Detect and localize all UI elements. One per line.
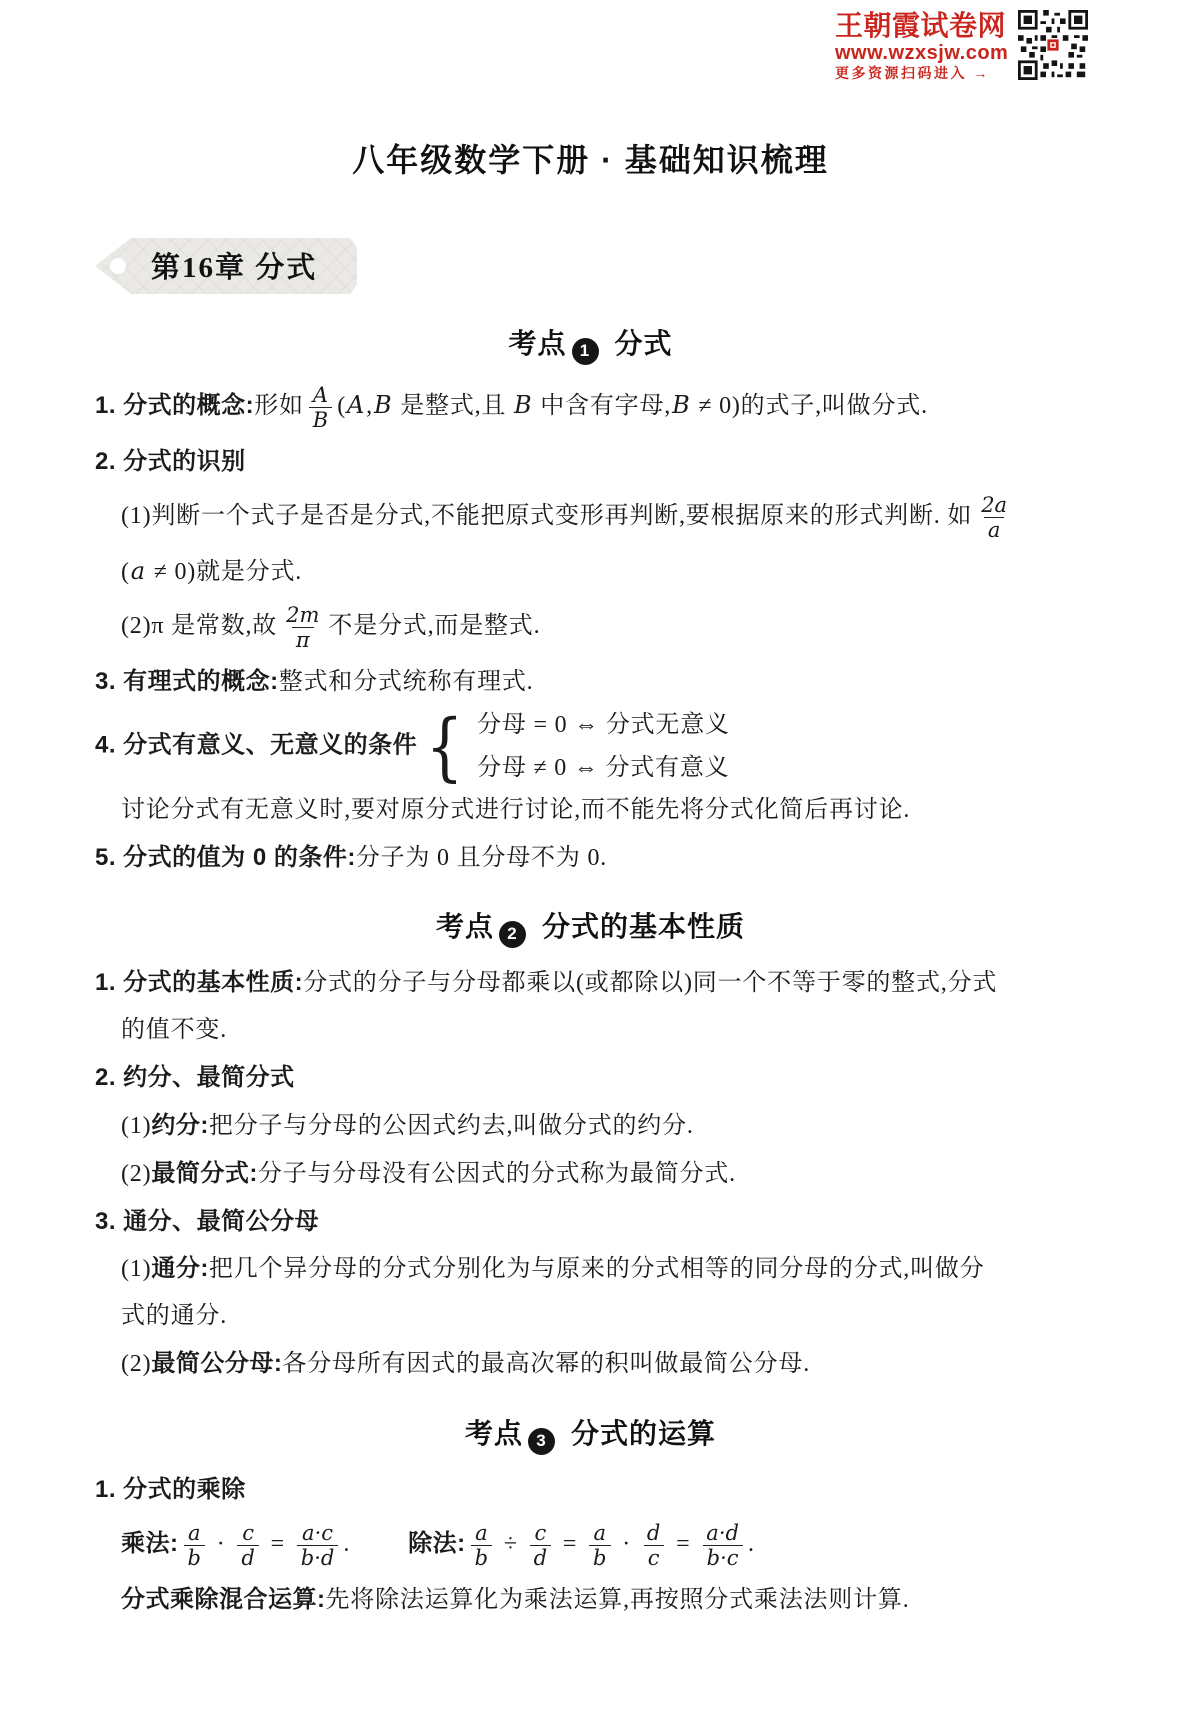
kaodian-label: 考点 <box>465 1418 523 1449</box>
fraction: AB <box>309 383 332 432</box>
chapter-badge-row: 第16章 分式 <box>95 238 1181 294</box>
bold-label: 最简公分母: <box>151 1350 282 1377</box>
fraction-denominator: b <box>471 1545 492 1570</box>
fraction: ab <box>589 1521 610 1570</box>
kaodian-2-heading: 考点2分式的基本性质 <box>95 905 1086 948</box>
fraction-denominator: B <box>309 407 332 432</box>
text-line: (1)判断一个式子是否是分式,不能把原式变形再判断,要根据原来的形式判断. 如2… <box>95 491 1086 544</box>
kaodian-title: 分式 <box>615 328 673 359</box>
fraction: a·db·c <box>702 1521 743 1570</box>
fraction-numerator: a <box>590 1521 611 1545</box>
bold-label: 3. 有理式的概念: <box>95 668 279 695</box>
section-kaodian-2: 考点2分式的基本性质 1. 分式的基本性质:分式的分子与分母都乘以(或都除以)同… <box>95 905 1086 1384</box>
math-variable: B <box>513 391 533 419</box>
section-2-body: 1. 分式的基本性质:分式的分子与分母都乘以(或都除以)同一个不等于零的整式,分… <box>95 964 1086 1384</box>
bold-label: 3. 通分、最简公分母 <box>95 1208 319 1235</box>
text-line: 1. 分式的基本性质:分式的分子与分母都乘以(或都除以)同一个不等于零的整式,分… <box>95 964 1086 1003</box>
math-variable: A <box>346 391 366 419</box>
brand-name: 王朝霞试卷网 <box>835 10 1006 42</box>
fraction-numerator: a·d <box>702 1521 743 1545</box>
kaodian-label: 考点 <box>508 328 566 359</box>
kaodian-number-badge: 2 <box>499 921 526 948</box>
text-line: 3. 有理式的概念:整式和分式统称有理式. <box>95 663 1086 702</box>
fraction: cd <box>530 1521 551 1570</box>
bold-label: 通分: <box>151 1255 209 1282</box>
text-line: (2)最简公分母:各分母所有因式的最高次幂的积叫做最简公分母. <box>95 1345 1086 1384</box>
brand-url: www.wzxsjw.com <box>835 42 1008 64</box>
bold-label: 1. 分式的乘除 <box>95 1476 246 1503</box>
bold-label: 除法: <box>408 1530 466 1557</box>
fraction-denominator: π <box>292 627 314 652</box>
fraction-denominator: d <box>530 1545 551 1570</box>
fraction-numerator: a·c <box>298 1521 337 1545</box>
bold-label: 1. 分式的概念: <box>95 392 254 419</box>
text-line: (1)通分:把几个异分母的分式分别化为与原来的分式相等的同分母的分式,叫做分 <box>95 1250 1086 1289</box>
fraction: ab <box>184 1521 205 1570</box>
publisher-logo-text: 王朝霞试卷网 www.wzxsjw.com 更多资源扫码进入 → <box>835 10 1007 82</box>
bold-label: 5. 分式的值为 0 的条件: <box>95 844 356 871</box>
tag-hole-icon <box>110 258 126 274</box>
kaodian-1-heading: 考点1分式 <box>95 322 1086 365</box>
cases-rows: 分母 = 0 ⇔ 分式无意义分母 ≠ 0 ⇔ 分式有意义 <box>477 711 730 783</box>
cases-brace: {分母 = 0 ⇔ 分式无意义分母 ≠ 0 ⇔ 分式有意义 <box>421 711 730 783</box>
bold-label: 乘法: <box>121 1530 179 1557</box>
text-line: (2)最简分式:分子与分母没有公因式的分式称为最简分式. <box>95 1155 1086 1194</box>
fraction-denominator: d <box>237 1545 258 1570</box>
publisher-logo: 王朝霞试卷网 www.wzxsjw.com 更多资源扫码进入 → <box>835 10 1088 82</box>
page-content: 考点1分式 1. 分式的概念:形如AB(A,B 是整式,且 B 中含有字母,B … <box>0 322 1181 1620</box>
fraction-numerator: c <box>531 1521 551 1545</box>
textbook-page: 王朝霞试卷网 www.wzxsjw.com 更多资源扫码进入 → <box>0 0 1181 1730</box>
bold-label: 1. 分式的基本性质: <box>95 969 303 996</box>
text-line: 1. 分式的概念:形如AB(A,B 是整式,且 B 中含有字母,B ≠ 0)的式… <box>95 381 1086 434</box>
cases-row: 分母 = 0 ⇔ 分式无意义 <box>477 711 730 740</box>
text-line: 1. 分式的乘除 <box>95 1471 1086 1510</box>
text-line: 分式乘除混合运算:先将除法运算化为乘法运算,再按照分式乘法法则计算. <box>95 1581 1086 1620</box>
bold-label: 2. 分式的识别 <box>95 448 246 475</box>
fraction: 2aa <box>977 493 1011 542</box>
fraction-numerator: A <box>309 383 332 407</box>
kaodian-number-badge: 1 <box>572 338 599 365</box>
fraction: 2mπ <box>282 603 323 652</box>
text-line: (a ≠ 0)就是分式. <box>95 553 1086 592</box>
fraction-denominator: b·c <box>703 1545 743 1570</box>
fraction-numerator: a <box>184 1521 205 1545</box>
fraction-denominator: c <box>644 1545 664 1570</box>
kaodian-title: 分式的基本性质 <box>542 911 745 942</box>
kaodian-title: 分式的运算 <box>571 1418 716 1449</box>
fraction-denominator: b·d <box>297 1545 339 1570</box>
fraction-denominator: a <box>984 517 1005 542</box>
qr-code-icon <box>1018 10 1088 80</box>
math-variable: B <box>671 391 691 419</box>
kaodian-3-heading: 考点3分式的运算 <box>95 1412 1086 1455</box>
section-1-body: 1. 分式的概念:形如AB(A,B 是整式,且 B 中含有字母,B ≠ 0)的式… <box>95 381 1086 878</box>
fraction-denominator: b <box>589 1545 610 1570</box>
text-line: 3. 通分、最简公分母 <box>95 1203 1086 1242</box>
kaodian-label: 考点 <box>436 911 494 942</box>
text-line: 2. 约分、最简分式 <box>95 1059 1086 1098</box>
bold-label: 2. 约分、最简分式 <box>95 1064 295 1091</box>
text-line: 式的通分. <box>95 1298 1086 1336</box>
cases-row: 分母 ≠ 0 ⇔ 分式有意义 <box>477 754 730 783</box>
fraction-numerator: 2m <box>282 603 323 627</box>
fraction-denominator: b <box>184 1545 205 1570</box>
fraction: dc <box>643 1521 664 1570</box>
brand-tagline: 更多资源扫码进入 → <box>835 64 990 82</box>
fraction: cd <box>237 1521 258 1570</box>
bold-label: 4. 分式有意义、无意义的条件 <box>95 731 417 758</box>
bold-label: 约分: <box>151 1112 209 1139</box>
section-3-body: 1. 分式的乘除乘法:ab · cd = a·cb·d.除法:ab ÷ cd =… <box>95 1471 1086 1620</box>
text-line: 的值不变. <box>95 1012 1086 1050</box>
math-variable: a <box>130 557 147 585</box>
fraction-numerator: d <box>643 1521 664 1545</box>
text-line: (2)π 是常数,故2mπ不是分式,而是整式. <box>95 601 1086 654</box>
text-line: (1)约分:把分子与分母的公因式约去,叫做分式的约分. <box>95 1107 1086 1146</box>
math-variable: B <box>373 391 393 419</box>
text-line: 讨论分式有无意义时,要对原分式进行讨论,而不能先将分式化简后再讨论. <box>95 792 1086 830</box>
text-line: 2. 分式的识别 <box>95 443 1086 482</box>
bold-label: 分式乘除混合运算: <box>121 1586 326 1613</box>
kaodian-number-badge: 3 <box>528 1428 555 1455</box>
section-kaodian-3: 考点3分式的运算 1. 分式的乘除乘法:ab · cd = a·cb·d.除法:… <box>95 1412 1086 1620</box>
fraction: ab <box>471 1521 492 1570</box>
text-line: 乘法:ab · cd = a·cb·d.除法:ab ÷ cd = ab · dc… <box>95 1519 1086 1572</box>
bold-label: 最简分式: <box>151 1160 258 1187</box>
section-kaodian-1: 考点1分式 1. 分式的概念:形如AB(A,B 是整式,且 B 中含有字母,B … <box>95 322 1086 877</box>
fraction: a·cb·d <box>297 1521 339 1570</box>
fraction-numerator: c <box>238 1521 258 1545</box>
chapter-label: 第16章 分式 <box>151 252 317 284</box>
fraction-numerator: 2a <box>977 493 1011 517</box>
text-line: 4. 分式有意义、无意义的条件{分母 = 0 ⇔ 分式无意义分母 ≠ 0 ⇔ 分… <box>95 711 1086 783</box>
text-line: 5. 分式的值为 0 的条件:分子为 0 且分母不为 0. <box>95 839 1086 878</box>
chapter-badge: 第16章 分式 <box>95 238 357 294</box>
fraction-numerator: a <box>471 1521 492 1545</box>
